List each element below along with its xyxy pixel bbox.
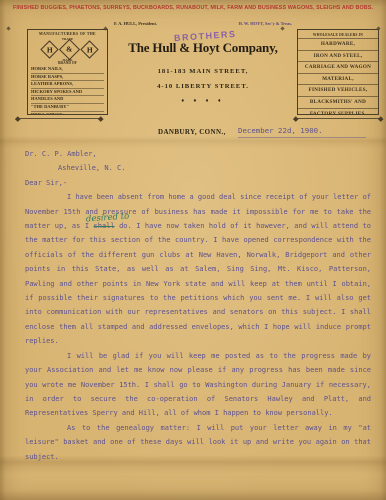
logo-diamond: H	[40, 40, 58, 58]
mark-label: MARK	[31, 58, 104, 62]
diamond-ornament-row: ♦ ♦ ♦ ♦	[108, 98, 298, 104]
scanned-letter-page: FINISHED BUGGIES, PHAETONS, SURREYS, BUC…	[0, 0, 386, 500]
rule-end-diamond	[98, 116, 103, 121]
logo-diamond: &	[59, 39, 80, 60]
trim-mark	[280, 26, 284, 30]
company-name: The Hull & Hoyt Company,	[108, 40, 298, 56]
logo-letter: H	[47, 45, 53, 54]
correction-area: desired toshall	[94, 222, 115, 230]
officers-row: F. A. HULL, President. H. W. HOYT, Sec'y…	[114, 21, 292, 26]
wholesale-item: HARDWARE,	[298, 39, 378, 51]
logo-diamond: H	[80, 40, 98, 58]
product-item: "THE DANBURY"	[31, 104, 104, 112]
street-address-2: 4-10 LIBERTY STREET.	[108, 83, 298, 90]
paragraph-3: As to the genealogy matter: I will put y…	[25, 421, 371, 464]
product-item: HORSE NAILS,	[31, 66, 104, 74]
product-item: HANDLES AND	[31, 96, 104, 104]
wholesale-item: MATERIAL,	[298, 74, 378, 86]
manufacturers-heading: MANUFACTURERS OF THE	[31, 32, 104, 36]
hh-trademark-logo: TRADE H & H MARK	[31, 37, 104, 60]
ornamental-rule	[17, 118, 101, 119]
product-item: HORSE RASPS,	[31, 74, 104, 82]
recipient-name: Dr. C. P. Ambler,	[25, 147, 371, 161]
wholesale-box: WHOLESALE DEALERS IN HARDWARE, IRON AND …	[297, 29, 379, 115]
product-item: DRILL CHUCK,	[31, 112, 104, 115]
secretary-name: H. W. HOYT, Sec'y & Treas.	[239, 21, 292, 26]
trim-mark	[6, 26, 10, 30]
wholesale-item: CARRIAGE AND WAGON	[298, 62, 378, 74]
street-address-1: 181-183 MAIN STREET,	[108, 68, 298, 75]
rule-end-diamond	[378, 116, 383, 121]
product-item: HICKORY SPOKES AND	[31, 89, 104, 97]
rule-end-diamond	[15, 116, 20, 121]
dateline-place: DANBURY, CONN.,	[158, 128, 226, 136]
recipient-city: Asheville, N. C.	[25, 161, 371, 175]
dateline-typed-date: December 22d, 1900.	[238, 126, 366, 138]
handwritten-correction: desired to	[85, 210, 129, 227]
logo-letter: &	[66, 45, 72, 54]
wholesale-item: IRON AND STEEL,	[298, 51, 378, 63]
wholesale-item: BLACKSMITHS' AND	[298, 97, 378, 109]
product-item: LEATHER APRONS,	[31, 81, 104, 89]
typed-letter-body: Dr. C. P. Ambler, Asheville, N. C. Dear …	[25, 147, 371, 464]
paragraph-1: I have been absent from home a good deal…	[25, 190, 371, 348]
rule-end-diamond	[293, 116, 298, 121]
logo-letter: H	[87, 45, 93, 54]
paragraph-1-text: do. I have now taken hold of it however,…	[25, 222, 371, 345]
salutation: Dear Sir,-	[25, 176, 371, 190]
ornamental-rule	[295, 118, 381, 119]
wholesale-item: FACTORY SUPPLIES.	[298, 109, 378, 115]
wholesale-item: FINISHED VEHICLES,	[298, 85, 378, 97]
manufacturers-box: MANUFACTURERS OF THE TRADE H & H MARK BR…	[27, 29, 108, 115]
wholesale-heading: WHOLESALE DEALERS IN	[298, 30, 378, 39]
letterhead-top-banner: FINISHED BUGGIES, PHAETONS, SURREYS, BUC…	[4, 5, 382, 11]
president-name: F. A. HULL, President.	[114, 21, 157, 26]
paragraph-2: I will be glad if you will keep me poste…	[25, 349, 371, 421]
